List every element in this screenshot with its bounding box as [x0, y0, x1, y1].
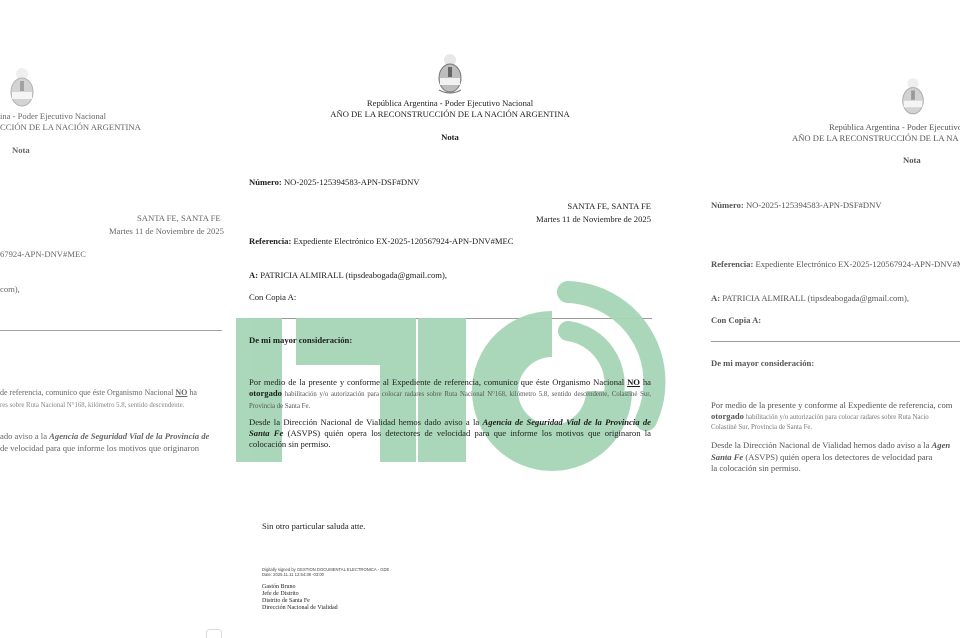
text: (ASVPS) quién opera los detectores de ve…: [249, 428, 651, 449]
no-emphasis: NO: [627, 377, 640, 387]
signer-org: Dirección Nacional de Vialidad: [262, 605, 338, 613]
body-paragraph-2: Desde la Dirección Nacional de Vialidad …: [249, 417, 651, 450]
greeting: De mi mayor consideración:: [249, 335, 352, 346]
digital-signature-line2: Date: 2025.11.11 12:54:38 -03:00: [262, 572, 324, 577]
closing: Sin otro particular saluda atte.: [262, 521, 365, 532]
body-paragraph-1: Por medio de la presente y conforme al E…: [249, 377, 651, 412]
text: Por medio de la presente y conforme al E…: [249, 377, 627, 387]
text: habilitación y/o autorización para coloc…: [249, 391, 651, 410]
center-body: De mi mayor consideración: Por medio de …: [0, 0, 960, 638]
text: Desde la Dirección Nacional de Vialidad …: [249, 417, 483, 427]
text: otorgado: [249, 388, 282, 398]
text: ha: [640, 377, 651, 387]
